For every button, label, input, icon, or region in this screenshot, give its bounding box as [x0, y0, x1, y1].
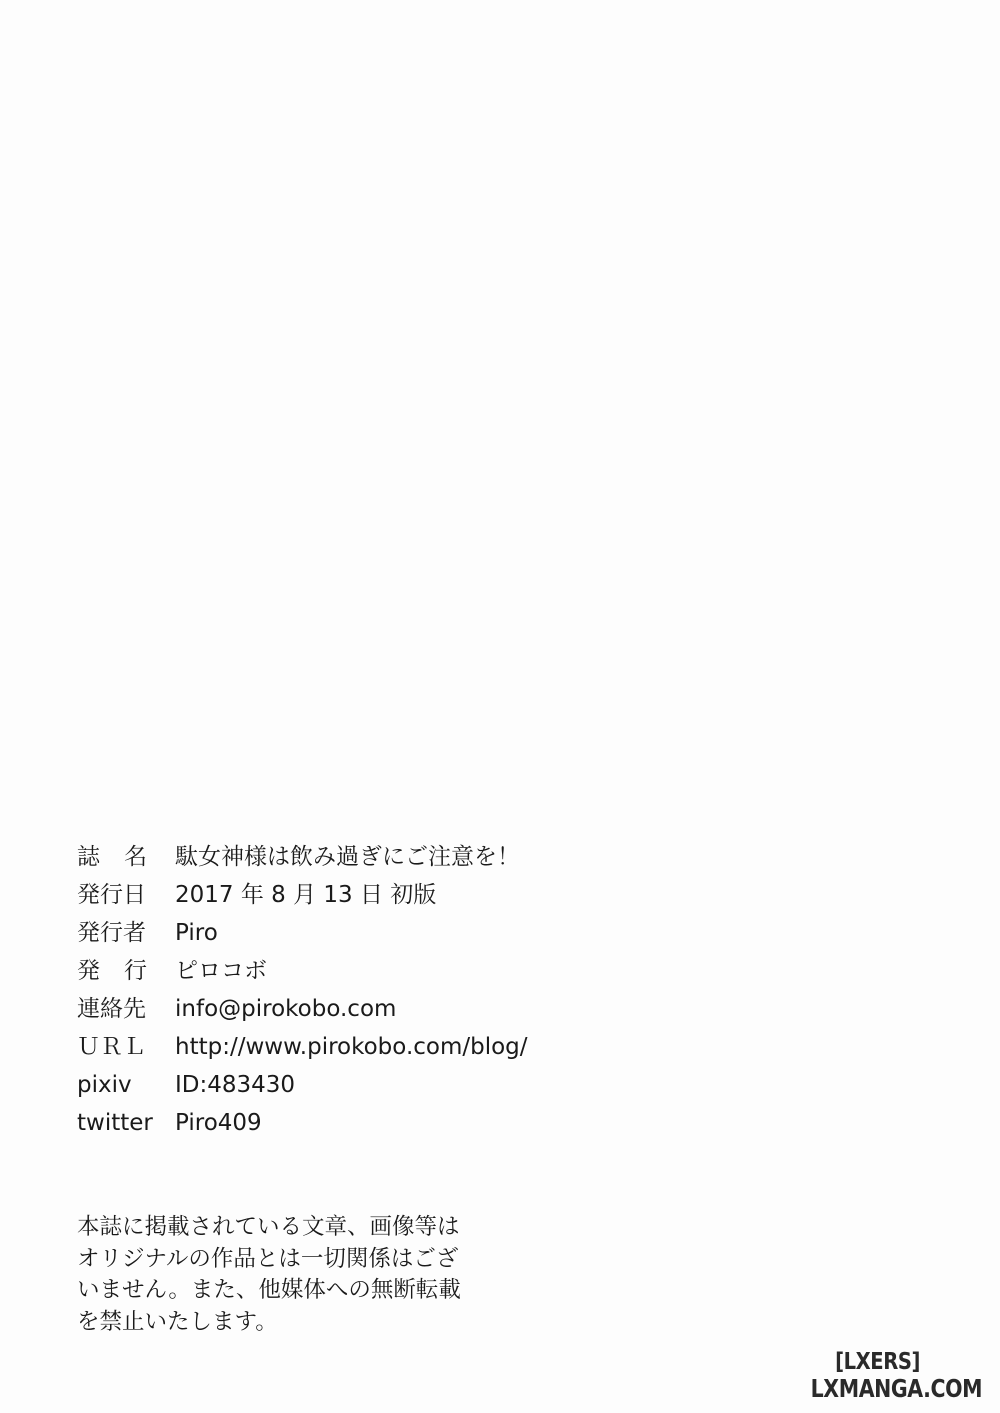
disclaimer-line: オリジナルの作品とは一切関係はござ	[77, 1244, 497, 1276]
watermark-group-name: [LXERS]	[789, 1349, 967, 1375]
copyright-disclaimer: 本誌に掲載されている文章、画像等は オリジナルの作品とは一切関係はござ いません…	[77, 1212, 497, 1338]
watermark-logo: [LXERS] LXMANGA.COM	[773, 1349, 982, 1403]
colophon-row-title: 誌 名 駄女神様は飲み過ぎにご注意を！	[77, 838, 637, 876]
colophon-row-url: ＵＲＬ http://www.pirokobo.com/blog/	[77, 1028, 637, 1066]
row-value-pixiv-id: ID:483430	[175, 1066, 637, 1104]
row-value-publish-date: 2017 年 8 月 13 日 初版	[175, 876, 637, 914]
row-label-publisher: 発行者	[77, 914, 175, 952]
row-value-publisher: Piro	[175, 914, 637, 952]
label-char: 発	[77, 952, 100, 990]
colophon-row-issuer: 発 行 ピロコボ	[77, 952, 637, 990]
row-label-publish-date: 発行日	[77, 876, 175, 914]
disclaimer-line: 本誌に掲載されている文章、画像等は	[77, 1212, 497, 1244]
colophon-row-publish-date: 発行日 2017 年 8 月 13 日 初版	[77, 876, 637, 914]
row-label-url: ＵＲＬ	[77, 1028, 175, 1066]
disclaimer-line: いません。また、他媒体への無断転載	[77, 1275, 497, 1307]
colophon-row-pixiv: pixiv ID:483430	[77, 1066, 637, 1104]
row-label-issuer: 発 行	[77, 952, 147, 990]
row-label-title: 誌 名	[77, 838, 147, 876]
row-value-twitter-handle: Piro409	[175, 1104, 637, 1142]
row-value-url: http://www.pirokobo.com/blog/	[175, 1028, 637, 1066]
colophon-row-contact: 連絡先 info@pirokobo.com	[77, 990, 637, 1028]
colophon-row-publisher: 発行者 Piro	[77, 914, 637, 952]
label-char: 誌	[77, 838, 100, 876]
colophon-table: 誌 名 駄女神様は飲み過ぎにご注意を！ 発行日 2017 年 8 月 13 日 …	[77, 838, 637, 1142]
label-char: 名	[124, 838, 147, 876]
row-value-title: 駄女神様は飲み過ぎにご注意を！	[175, 838, 637, 876]
label-char: 行	[124, 952, 147, 990]
disclaimer-line: を禁止いたします。	[77, 1307, 497, 1339]
colophon-row-twitter: twitter Piro409	[77, 1104, 637, 1142]
row-value-issuer: ピロコボ	[175, 952, 637, 990]
row-label-contact: 連絡先	[77, 990, 175, 1028]
row-label-pixiv: pixiv	[77, 1066, 175, 1104]
colophon-page: 誌 名 駄女神様は飲み過ぎにご注意を！ 発行日 2017 年 8 月 13 日 …	[0, 0, 1000, 1413]
watermark-site-name: LXMANGA.COM	[810, 1375, 982, 1403]
row-label-twitter: twitter	[77, 1104, 175, 1142]
row-value-contact-email: info@pirokobo.com	[175, 990, 637, 1028]
